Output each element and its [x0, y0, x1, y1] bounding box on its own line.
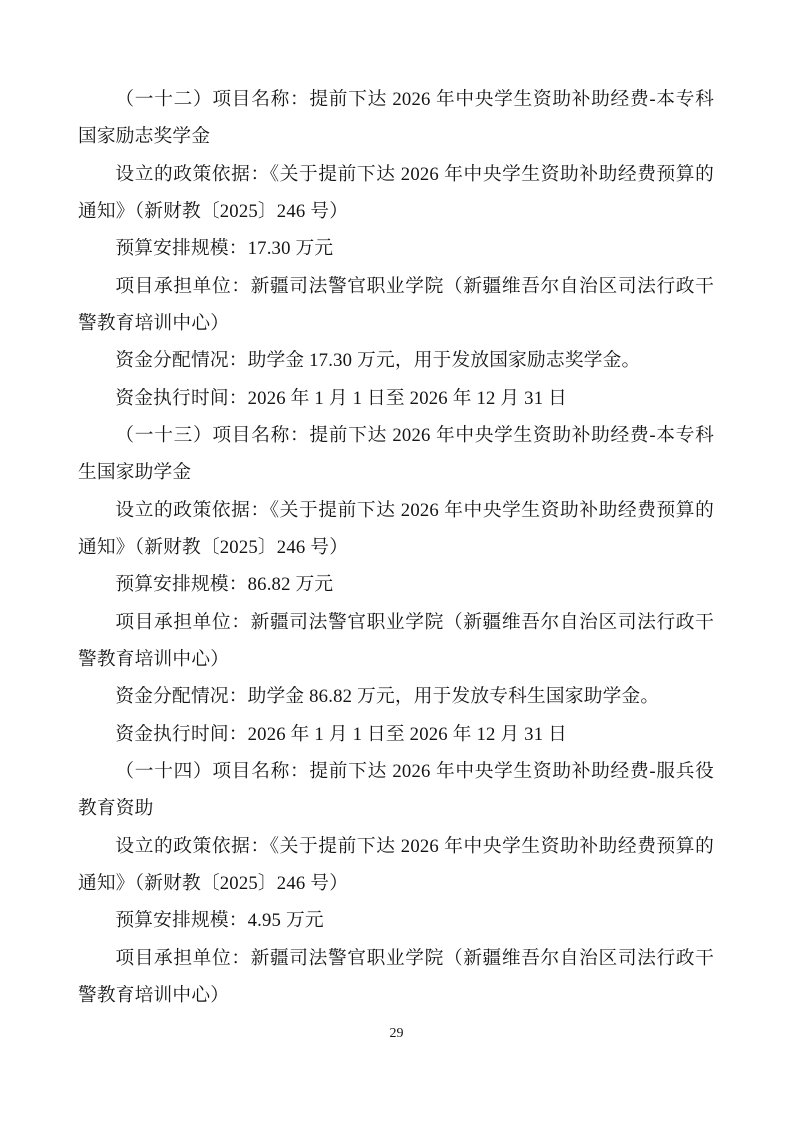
section-project-13: （一十三）项目名称：提前下达 2026 年中央学生资助补助经费-本专科生国家助学…	[78, 417, 714, 753]
policy-basis-line: 设立的政策依据：《关于提前下达 2026 年中央学生资助补助经费预算的通知》（新…	[78, 156, 714, 231]
undertaking-unit-line: 项目承担单位：新疆司法警官职业学院（新疆维吾尔自治区司法行政干警教育培训中心）	[78, 604, 714, 679]
undertaking-unit-line: 项目承担单位：新疆司法警官职业学院（新疆维吾尔自治区司法行政干警教育培训中心）	[78, 940, 714, 1015]
budget-scale-line: 预算安排规模：4.95 万元	[78, 902, 714, 939]
execution-time-line: 资金执行时间：2026 年 1 月 1 日至 2026 年 12 月 31 日	[78, 716, 714, 753]
section-project-14: （一十四）项目名称：提前下达 2026 年中央学生资助补助经费-服兵役教育资助 …	[78, 753, 714, 1014]
project-name-line: （一十四）项目名称：提前下达 2026 年中央学生资助补助经费-服兵役教育资助	[78, 753, 714, 828]
budget-scale-line: 预算安排规模：17.30 万元	[78, 230, 714, 267]
project-name-line: （一十二）项目名称：提前下达 2026 年中央学生资助补助经费-本专科国家励志奖…	[78, 81, 714, 156]
undertaking-unit-line: 项目承担单位：新疆司法警官职业学院（新疆维吾尔自治区司法行政干警教育培训中心）	[78, 268, 714, 343]
page-number: 29	[0, 1024, 793, 1044]
policy-basis-line: 设立的政策依据：《关于提前下达 2026 年中央学生资助补助经费预算的通知》（新…	[78, 828, 714, 903]
policy-basis-line: 设立的政策依据：《关于提前下达 2026 年中央学生资助补助经费预算的通知》（新…	[78, 492, 714, 567]
project-name-line: （一十三）项目名称：提前下达 2026 年中央学生资助补助经费-本专科生国家助学…	[78, 417, 714, 492]
execution-time-line: 资金执行时间：2026 年 1 月 1 日至 2026 年 12 月 31 日	[78, 380, 714, 417]
document-page: （一十二）项目名称：提前下达 2026 年中央学生资助补助经费-本专科国家励志奖…	[0, 0, 793, 1122]
fund-allocation-line: 资金分配情况：助学金 17.30 万元，用于发放国家励志奖学金。	[78, 342, 714, 379]
budget-scale-line: 预算安排规模：86.82 万元	[78, 566, 714, 603]
fund-allocation-line: 资金分配情况：助学金 86.82 万元，用于发放专科生国家助学金。	[78, 678, 714, 715]
document-body: （一十二）项目名称：提前下达 2026 年中央学生资助补助经费-本专科国家励志奖…	[78, 81, 714, 1014]
section-project-12: （一十二）项目名称：提前下达 2026 年中央学生资助补助经费-本专科国家励志奖…	[78, 81, 714, 417]
